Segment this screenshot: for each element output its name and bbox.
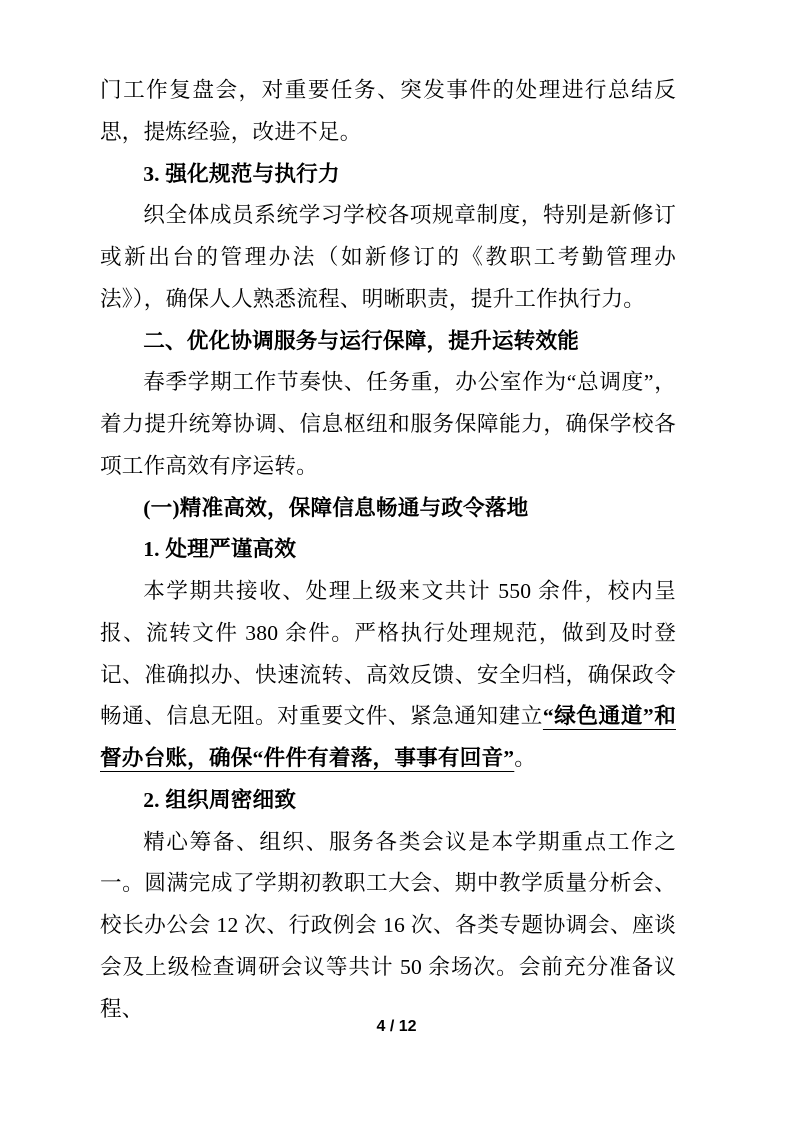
paragraph: 春季学期工作节奏快、任务重，办公室作为“总调度”，着力提升统筹协调、信息枢纽和服… [100,362,676,487]
section-heading-2: 二、优化协调服务与运行保障，提升运转效能 [100,321,676,363]
document-page: 门工作复盘会，对重要任务、突发事件的处理进行总结反思，提炼经验，改进不足。 3.… [0,0,793,1122]
heading-numbered-3: 3. 强化规范与执行力 [100,154,676,196]
paragraph-with-emphasis: 本学期共接收、处理上级来文共计 550 余件，校内呈报、流转文件 380 余件。… [100,571,676,780]
subsection-heading-1: (一)精准高效，保障信息畅通与政令落地 [100,488,676,530]
document-body: 门工作复盘会，对重要任务、突发事件的处理进行总结反思，提炼经验，改进不足。 3.… [100,70,676,1030]
paragraph: 精心筹备、组织、服务各类会议是本学期重点工作之一。圆满完成了学期初教职工大会、期… [100,822,676,1031]
page-number-indicator: 4 / 12 [0,1018,793,1036]
heading-numbered-2: 2. 组织周密细致 [100,780,676,822]
paragraph-text: 。 [514,746,536,770]
paragraph: 织全体成员系统学习学校各项规章制度，特别是新修订或新出台的管理办法（如新修订的《… [100,195,676,320]
heading-numbered-1: 1. 处理严谨高效 [100,529,676,571]
paragraph-continuation: 门工作复盘会，对重要任务、突发事件的处理进行总结反思，提炼经验，改进不足。 [100,70,676,154]
